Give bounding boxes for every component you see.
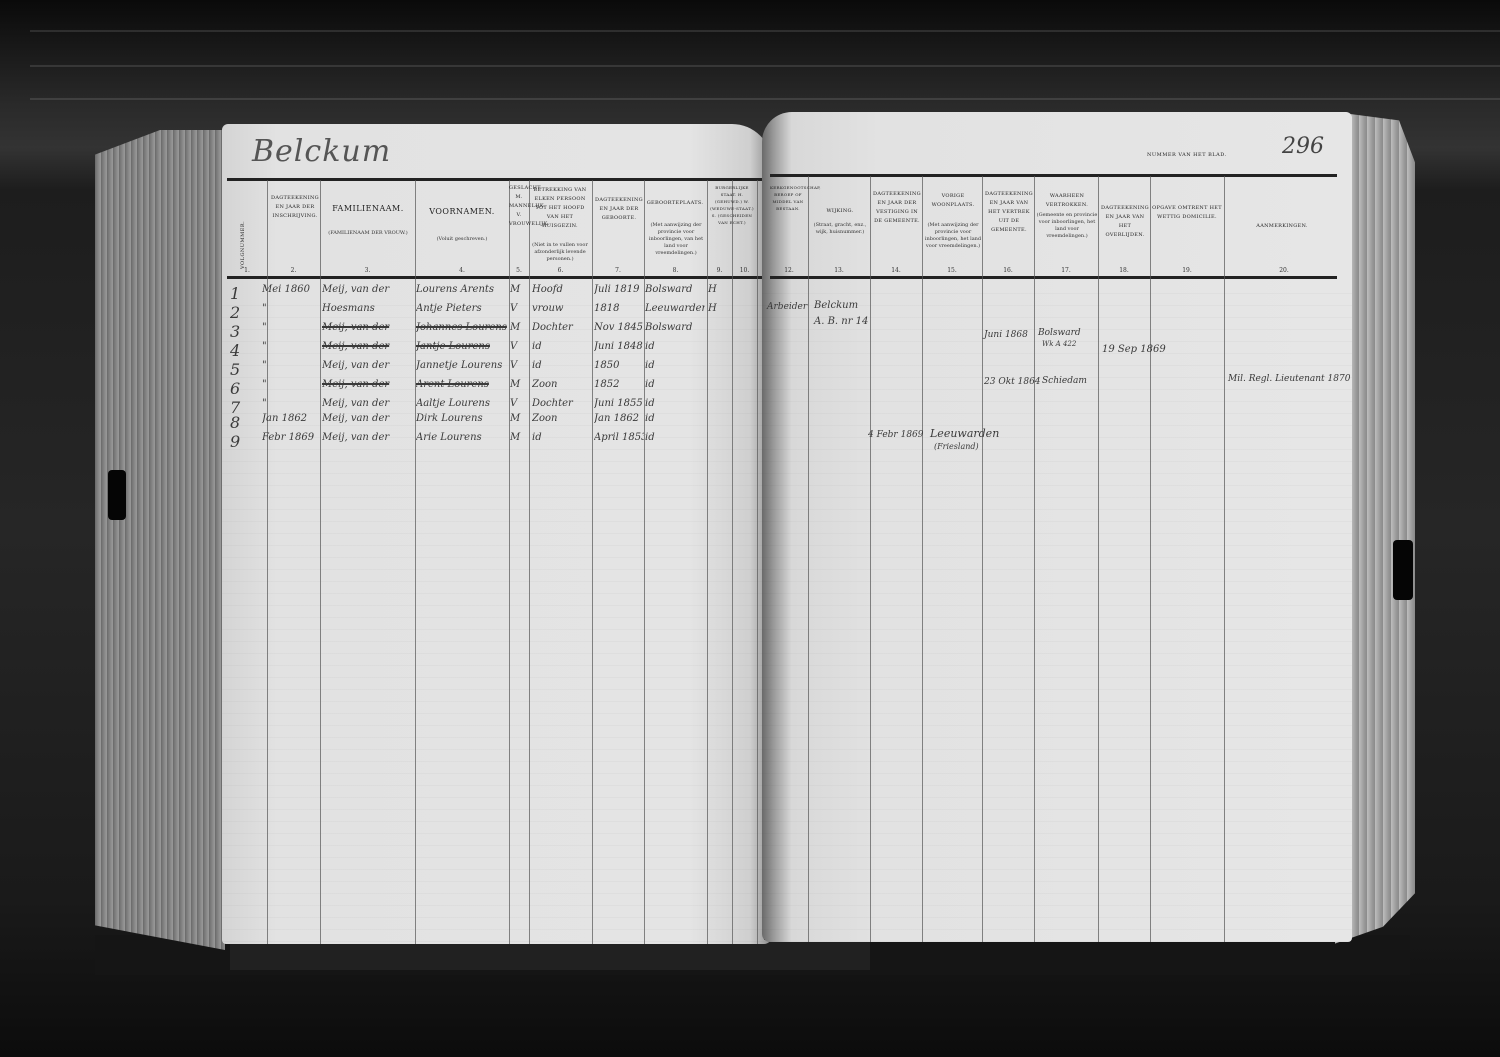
cell-geboorteplaats: id <box>645 341 705 352</box>
cell-geslacht: M <box>510 379 528 390</box>
col-header-14: DAGTEEKENING EN JAAR DER VESTIGING IN DE… <box>872 190 922 226</box>
col-header-2: DAGTEEKENING EN JAAR DER INSCHRIJVING. <box>270 194 320 221</box>
book-clip-left <box>108 470 126 520</box>
cell-geboorte: Juni 1855 <box>594 398 644 409</box>
cell-betrekking: Dochter <box>532 398 592 409</box>
cell-familienaam: Meij, van der <box>322 360 414 371</box>
cell-geslacht: M <box>510 432 528 443</box>
header-bottom-rule <box>227 276 762 279</box>
col-header-18: DAGTEEKENING EN JAAR VAN HET OVERLIJDEN. <box>1100 204 1150 240</box>
col-header-3: FAMILIENAAM. <box>322 204 414 213</box>
col-number: 17. <box>1034 267 1098 274</box>
right-page: NUMMER VAN HET BLAD. 296 KERKGENOOTSCHAP… <box>762 112 1352 942</box>
cell-voornamen: Dirk Lourens <box>416 413 508 424</box>
col-sub-13: (Straat, gracht, enz., wijk, huisnummer.… <box>810 222 870 236</box>
cell-volgnr: 6 <box>230 379 250 398</box>
col-header-17: WAARHEEN VERTROKKEN. <box>1036 192 1098 210</box>
cell-geboorteplaats: Bolsward <box>645 322 705 333</box>
page-number-label: NUMMER VAN HET BLAD. <box>1147 152 1227 158</box>
header-top-rule <box>227 178 762 181</box>
col-number: 18. <box>1098 267 1150 274</box>
book-shadow <box>230 940 870 970</box>
cell-familienaam: Meij, van der <box>322 322 414 333</box>
cell-volgnr: 5 <box>230 360 250 379</box>
col-header-8: GEBOORTEPLAATS. <box>645 199 705 208</box>
cell-geslacht: V <box>510 341 528 352</box>
film-scratch <box>30 30 1500 32</box>
page-edges-left <box>95 130 225 950</box>
cell-geslacht: M <box>510 413 528 424</box>
cell-betrekking: Dochter <box>532 322 592 333</box>
col-number: 4. <box>415 267 509 274</box>
cell-familienaam: Hoesmans <box>322 303 414 314</box>
cell-inschrijving: " <box>262 322 322 333</box>
film-scratch <box>30 65 1500 67</box>
col-sub-8: (Met aanwijzing der provincie voor inboo… <box>646 222 706 257</box>
column-rule <box>1224 176 1225 942</box>
cell-inschrijving: " <box>262 341 322 352</box>
col-number: 10. <box>732 267 757 274</box>
cell-voornamen: Aaltje Lourens <box>416 398 508 409</box>
col-header-12: KERKGENOOTSCHAP, BEROEP OF MIDDEL VAN BE… <box>770 184 806 212</box>
col-number: 13. <box>808 267 870 274</box>
cell-voornamen: Arent Lourens <box>416 379 508 390</box>
page-number: 296 <box>1282 134 1324 159</box>
cell-betrekking: id <box>532 360 592 371</box>
cell-betrekking: id <box>532 432 592 443</box>
table-row: 9Febr 1869Meij, van derArie LourensMidAp… <box>222 432 772 451</box>
cell-geboorteplaats: id <box>645 398 705 409</box>
cell-volgnr: 9 <box>230 432 250 451</box>
entry-vertrek-3: Juni 1868 <box>984 330 1028 340</box>
cell-geboorteplaats: Bolsward <box>645 284 705 295</box>
cell-staat: H <box>708 284 730 295</box>
book-clip-right <box>1393 540 1413 600</box>
column-rule <box>1098 176 1099 942</box>
cell-geboorteplaats: Leeuwarden <box>645 303 705 314</box>
col-number: 6. <box>529 267 592 274</box>
col-number: 8. <box>644 267 707 274</box>
cell-volgnr: 4 <box>230 341 250 360</box>
cell-voornamen: Johannes Lourens <box>416 322 508 333</box>
table-row: 3"Meij, van derJohannes LourensMDochterN… <box>222 322 772 341</box>
cell-voornamen: Arie Lourens <box>416 432 508 443</box>
col-number: 19. <box>1150 267 1224 274</box>
col-number: 5. <box>509 267 529 274</box>
col-sub-6: (Niet in te vullen voor afzonderlijk lev… <box>532 242 588 263</box>
col-number: 9. <box>707 267 732 274</box>
col-header-16: DAGTEEKENING EN JAAR VAN HET VERTREK UIT… <box>984 190 1034 235</box>
cell-familienaam: Meij, van der <box>322 432 414 443</box>
cell-geboorte: 1850 <box>594 360 644 371</box>
col-number: 20. <box>1224 267 1344 274</box>
cell-geslacht: V <box>510 360 528 371</box>
cell-familienaam: Meij, van der <box>322 379 414 390</box>
entry-waarheen-3b: Wk A 422 <box>1042 340 1076 348</box>
col-sub-15: (Met aanwijzing der provincie voor inboo… <box>924 222 982 250</box>
col-sub-3: (FAMILIENAAM DER VROUW.) <box>327 230 409 237</box>
cell-inschrijving: " <box>262 303 322 314</box>
entry-waarheen-3: Bolsward <box>1038 328 1081 338</box>
cell-inschrijving: " <box>262 398 322 409</box>
cell-geslacht: M <box>510 284 528 295</box>
column-rule <box>982 176 983 942</box>
cell-volgnr: 8 <box>230 413 250 432</box>
entry-wijk-2: A. B. nr 14 <box>814 316 868 327</box>
cell-familienaam: Meij, van der <box>322 413 414 424</box>
entry-vorige-woonplaats-9: Leeuwarden <box>930 427 999 440</box>
col-number: 15. <box>922 267 982 274</box>
cell-geboorte: Juli 1819 <box>594 284 644 295</box>
col-header-19: OPGAVE OMTRENT HET WETTIG DOMICILIE. <box>1152 204 1222 222</box>
table-row: 2"HoesmansAntje PietersVvrouw1818Leeuwar… <box>222 303 772 322</box>
col-header-1: VOLGNUMMER. <box>240 189 246 269</box>
cell-geslacht: M <box>510 322 528 333</box>
cell-volgnr: 3 <box>230 322 250 341</box>
table-row: 1Mei 1860Meij, van derLourens ArentsMHoo… <box>222 284 772 303</box>
cell-geboorte: 1818 <box>594 303 644 314</box>
col-header-9: BURGERLIJKE STAAT. H. (Gehuwd.) W. (Wedu… <box>708 184 756 226</box>
entry-vestiging-9: 4 Febr 1869 <box>868 430 924 440</box>
table-row: 8Jan 1862Meij, van derDirk LourensMZoonJ… <box>222 413 772 432</box>
cell-inschrijving: " <box>262 379 322 390</box>
cell-betrekking: Zoon <box>532 379 592 390</box>
col-sub-4: (Voluit geschreven.) <box>417 236 507 243</box>
entry-vertrek-6: 23 Okt 1864 <box>984 377 1041 387</box>
cell-inschrijving: Jan 1862 <box>262 413 322 424</box>
col-header-6: BETREKKING VAN ELKEN PERSOON TOT HET HOO… <box>530 186 590 231</box>
header-top-rule <box>770 174 1337 177</box>
table-row: 4"Meij, van derJantje LourensVidJuni 184… <box>222 341 772 360</box>
cell-inschrijving: Mei 1860 <box>262 284 322 295</box>
col-number: 7. <box>592 267 644 274</box>
col-sub-17: (Gemeente en provincie voor inboorlingen… <box>1036 212 1098 240</box>
col-number: 2. <box>267 267 320 274</box>
col-number: 12. <box>770 267 808 274</box>
cell-geboorteplaats: id <box>645 413 705 424</box>
cell-voornamen: Jantje Lourens <box>416 341 508 352</box>
left-page: Belckum VOLGNUMMER. DAGTEEKENING EN JAAR… <box>222 124 772 944</box>
cell-geboorte: April 1853 <box>594 432 644 443</box>
column-rule <box>922 176 923 942</box>
cell-familienaam: Meij, van der <box>322 284 414 295</box>
cell-geboorte: Juni 1848 <box>594 341 644 352</box>
cell-geboorteplaats: id <box>645 379 705 390</box>
col-header-7: DAGTEEKENING EN JAAR DER GEBOORTE. <box>594 196 644 223</box>
col-header-4: VOORNAMEN. <box>417 207 507 216</box>
table-row: 5"Meij, van derJannetje LourensVid1850id <box>222 360 772 379</box>
entry-beroep-1: Arbeider <box>767 302 807 312</box>
cell-volgnr: 1 <box>230 284 250 303</box>
cell-inschrijving: Febr 1869 <box>262 432 322 443</box>
cell-geboorte: Nov 1845 <box>594 322 644 333</box>
cell-familienaam: Meij, van der <box>322 398 414 409</box>
cell-geboorte: Jan 1862 <box>594 413 644 424</box>
column-rule <box>1150 176 1151 942</box>
cell-betrekking: vrouw <box>532 303 592 314</box>
cell-geboorteplaats: id <box>645 432 705 443</box>
cell-voornamen: Antje Pieters <box>416 303 508 314</box>
cell-geboorteplaats: id <box>645 360 705 371</box>
column-rule <box>1034 176 1035 942</box>
col-header-20: AANMERKINGEN. <box>1227 222 1337 231</box>
col-number: 3. <box>320 267 415 274</box>
entry-overlijden-4: 19 Sep 1869 <box>1102 344 1166 355</box>
cell-volgnr: 2 <box>230 303 250 322</box>
film-scratch <box>30 98 1500 100</box>
col-number: 14. <box>870 267 922 274</box>
cell-geslacht: V <box>510 398 528 409</box>
cell-betrekking: Hoofd <box>532 284 592 295</box>
cell-geslacht: V <box>510 303 528 314</box>
cell-voornamen: Jannetje Lourens <box>416 360 508 371</box>
table-row: 6"Meij, van derArent LourensMZoon1852id <box>222 379 772 398</box>
cell-familienaam: Meij, van der <box>322 341 414 352</box>
cell-staat: H <box>708 303 730 314</box>
street-heading: Belckum <box>252 134 391 169</box>
entry-wijk-1: Belckum <box>814 300 858 311</box>
col-number: 1. <box>232 267 262 274</box>
col-number: 16. <box>982 267 1034 274</box>
col-header-13: WIJKING. <box>810 207 870 216</box>
entry-waarheen-6: Schiedam <box>1042 376 1087 386</box>
entry-aanmerking-6: Mil. Regl. Lieutenant 1870 <box>1228 374 1350 384</box>
cell-voornamen: Lourens Arents <box>416 284 508 295</box>
cell-inschrijving: " <box>262 360 322 371</box>
column-rule <box>870 176 871 942</box>
cell-betrekking: Zoon <box>532 413 592 424</box>
cell-geboorte: 1852 <box>594 379 644 390</box>
cell-betrekking: id <box>532 341 592 352</box>
entry-vorige-woonplaats-9b: (Friesland) <box>934 442 979 451</box>
col-header-5: GESLACHT. M. Mannelijk. V. Vrouwelijk. <box>509 184 529 229</box>
column-rule <box>808 176 809 942</box>
col-header-15: VORIGE WOONPLAATS. <box>924 192 982 210</box>
header-bottom-rule <box>770 276 1337 279</box>
